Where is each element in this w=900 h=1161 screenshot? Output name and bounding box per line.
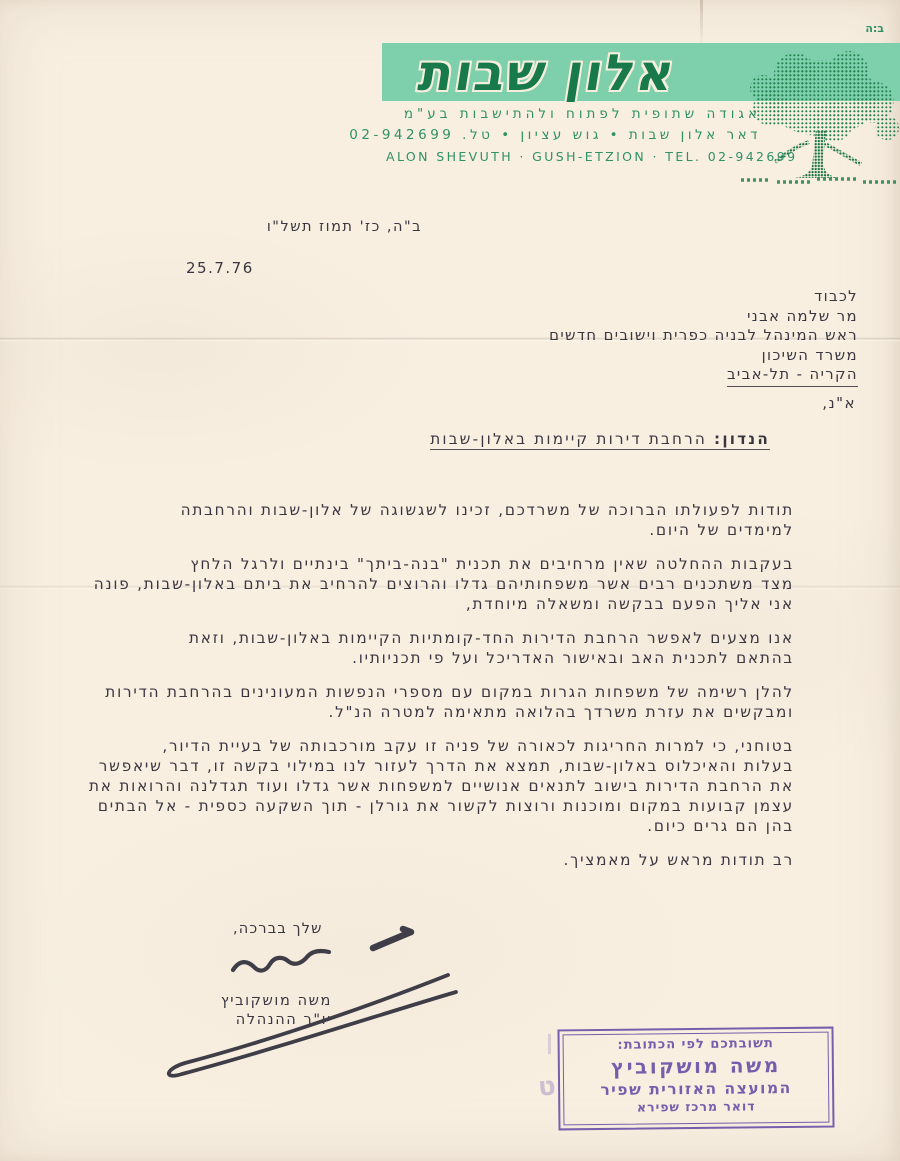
body-line: אנו מצעים לאפשר הרחבת הדירות החד-קומתיות… — [48, 628, 856, 648]
body-line: בהן הם גרים כיום. — [48, 816, 856, 836]
recipient-lines: לכבודמר שלמה אבניראש המינהל לבניה כפרית … — [549, 287, 858, 365]
recipient-line: ראש המינהל לבניה כפרית וישובים חדשים — [549, 326, 858, 346]
signoff: שלך בברכה, — [233, 921, 323, 937]
letter-body: תודות לפעולתו הברוכה של משרדכם, זכינו לש… — [48, 500, 856, 870]
stamp-name: משה מושקוביץ — [560, 1053, 832, 1080]
stamp-council: המועצה האזורית שפיר — [560, 1079, 832, 1100]
recipient-line: משרד השיכון — [549, 346, 858, 366]
letterhead-address-hebrew: דאר אלון שבות • גוש עציון • טל. 02-94269… — [386, 127, 761, 143]
paragraph: תודות לפעולתו הברוכה של משרדכם, זכינו לש… — [48, 500, 856, 540]
paragraph: בעקבות ההחלטה שאין מרחיבים את תכנית "בנה… — [48, 554, 856, 614]
body-line: בעקבות ההחלטה שאין מרחיבים את תכנית "בנה… — [48, 554, 856, 574]
letterhead-address-english: ALON SHEVUTH · GUSH-ETZION · TEL. 02-942… — [386, 149, 761, 164]
date-civil: 25.7.76 — [186, 259, 254, 277]
scanned-letter: ב:ה אלון שבות אגודה שתופית לפתוח ולהתישב… — [0, 0, 900, 1161]
recipient-city: הקריה - תל-אביב — [727, 365, 858, 387]
date-hebrew: ב"ה, כז' תמוז תשל"ו — [188, 219, 422, 235]
recipient-line: מר שלמה אבני — [549, 307, 858, 327]
fold-crease — [700, 0, 703, 48]
address-stamp: תשובתכם לפי הכתובת: משה מושקוביץ המועצה … — [557, 1027, 834, 1131]
body-line: מצד משתכנים רבים אשר משפחותיהם גדלו והרו… — [48, 574, 856, 594]
subject-line: הנדון: הרחבת דירות קיימות באלון-שבות — [430, 430, 770, 450]
body-line: עצמן קבועות במקום ומוכנות ורוצות לקשור א… — [48, 796, 856, 816]
subject-text: הרחבת דירות קיימות באלון-שבות — [430, 430, 707, 448]
paragraph: אנו מצעים לאפשר הרחבת הדירות החד-קומתיות… — [48, 628, 856, 668]
signer-name: משה מושקוביץ — [221, 992, 332, 1011]
body-line: ומבקשים את עזרת משרדך בהלואה מתאימה למטר… — [48, 702, 856, 722]
oak-tree-icon — [737, 50, 900, 192]
body-paragraphs: תודות לפעולתו הברוכה של משרדכם, זכינו לש… — [48, 500, 856, 836]
paragraph: להלן רשימה של משפחות הגרות במקום עם מספר… — [48, 682, 856, 722]
stamp-postal: דואר מרכז שפירא — [560, 1098, 832, 1116]
recipient-line: לכבוד — [549, 287, 858, 307]
signer-block: משה מושקוביץ יו"ר ההנהלה — [221, 992, 332, 1030]
stamp-ghost-mark: ט — [537, 1071, 557, 1102]
salutation: א"נ, — [822, 394, 856, 412]
body-line: בהתאם לתכנית האב ובאישור האדריכל ועל פי … — [48, 648, 856, 668]
subject-label: הנדון: — [714, 430, 770, 448]
stamp-header: תשובתכם לפי הכתובת: — [560, 1036, 832, 1054]
recipient-block: לכבודמר שלמה אבניראש המינהל לבניה כפרית … — [549, 287, 858, 387]
paragraph: בטוחני, כי למרות החריגות לכאורה של פניה … — [48, 736, 856, 836]
closing-line: רב תודות מראש על מאמציך. — [48, 850, 856, 870]
letterhead-title: אלון שבות — [385, 44, 709, 102]
letterhead-org-line: אגודה שתופית לפתוח ולהתישבות בע"מ — [386, 106, 761, 122]
stamp-ghost-smudge — [548, 1034, 551, 1054]
body-line: למימדים של היום. — [48, 520, 856, 540]
corner-blessing-mark: ב:ה — [865, 22, 884, 35]
body-line: להלן רשימה של משפחות הגרות במקום עם מספר… — [48, 682, 856, 702]
body-line: את הרחבת הדירות בישוב לתנאים אנושיים למש… — [48, 776, 856, 796]
body-line: אני אליך הפעם בבקשה ומשאלה מיוחדת, — [48, 594, 856, 614]
body-line: בעלות והאיכלוס באלון-שבות, תמצא את הדרך … — [48, 756, 856, 776]
body-line: בטוחני, כי למרות החריגות לכאורה של פניה … — [48, 736, 856, 756]
body-line: תודות לפעולתו הברוכה של משרדכם, זכינו לש… — [48, 500, 856, 520]
signer-title: יו"ר ההנהלה — [221, 1011, 332, 1030]
